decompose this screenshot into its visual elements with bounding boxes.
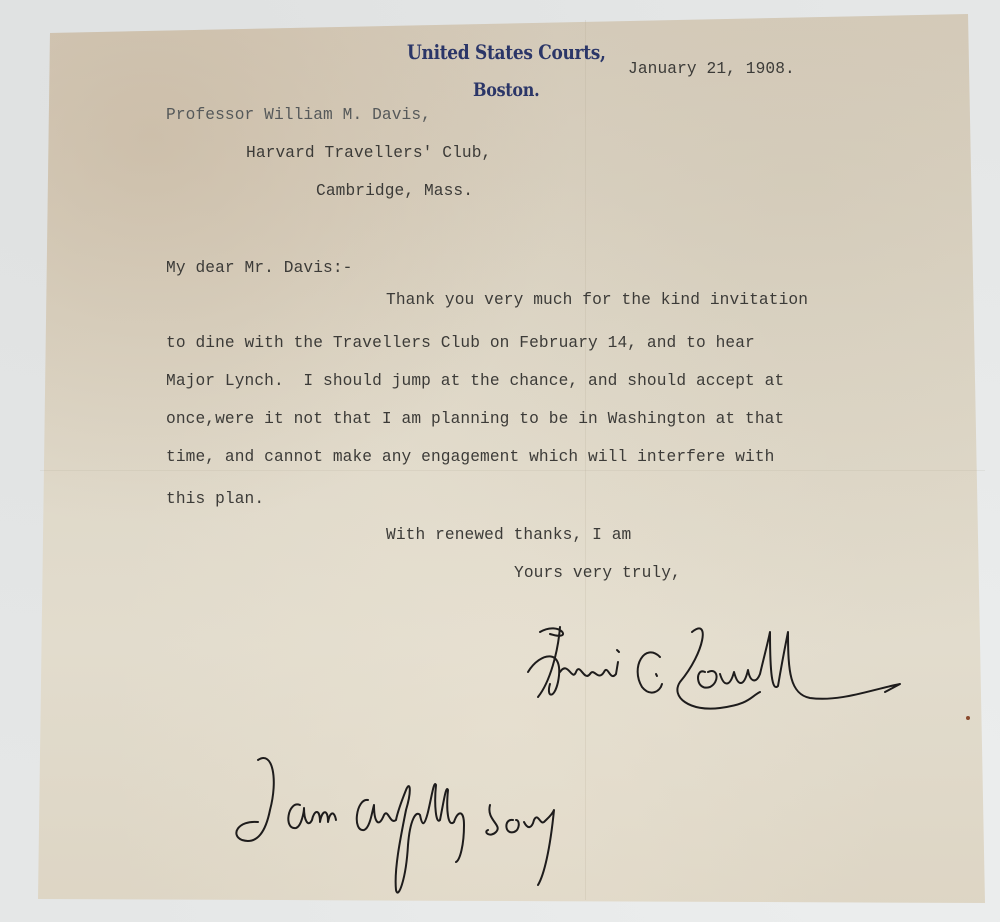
recipient-org: Harvard Travellers' Club, (246, 144, 491, 162)
body-line: this plan. (166, 490, 264, 508)
closing-valediction: Yours very truly, (514, 564, 681, 582)
paper-stain (966, 716, 970, 720)
recipient-name: Professor William M. Davis, (166, 106, 431, 124)
salutation: My dear Mr. Davis:- (166, 259, 352, 277)
body-line: to dine with the Travellers Club on Febr… (166, 334, 755, 352)
body-line: time, and cannot make any engagement whi… (166, 448, 774, 466)
body-line: Thank you very much for the kind invitat… (386, 291, 808, 309)
recipient-city: Cambridge, Mass. (316, 182, 473, 200)
body-line: Major Lynch. I should jump at the chance… (166, 372, 784, 390)
letterhead-city: Boston. (473, 79, 539, 101)
letterhead-court: United States Courts, (407, 42, 606, 65)
closing-thanks: With renewed thanks, I am (386, 526, 631, 544)
body-line: once,were it not that I am planning to b… (166, 410, 784, 428)
letter-date: January 21, 1908. (628, 60, 795, 78)
paper-fold-horizontal (40, 470, 985, 471)
